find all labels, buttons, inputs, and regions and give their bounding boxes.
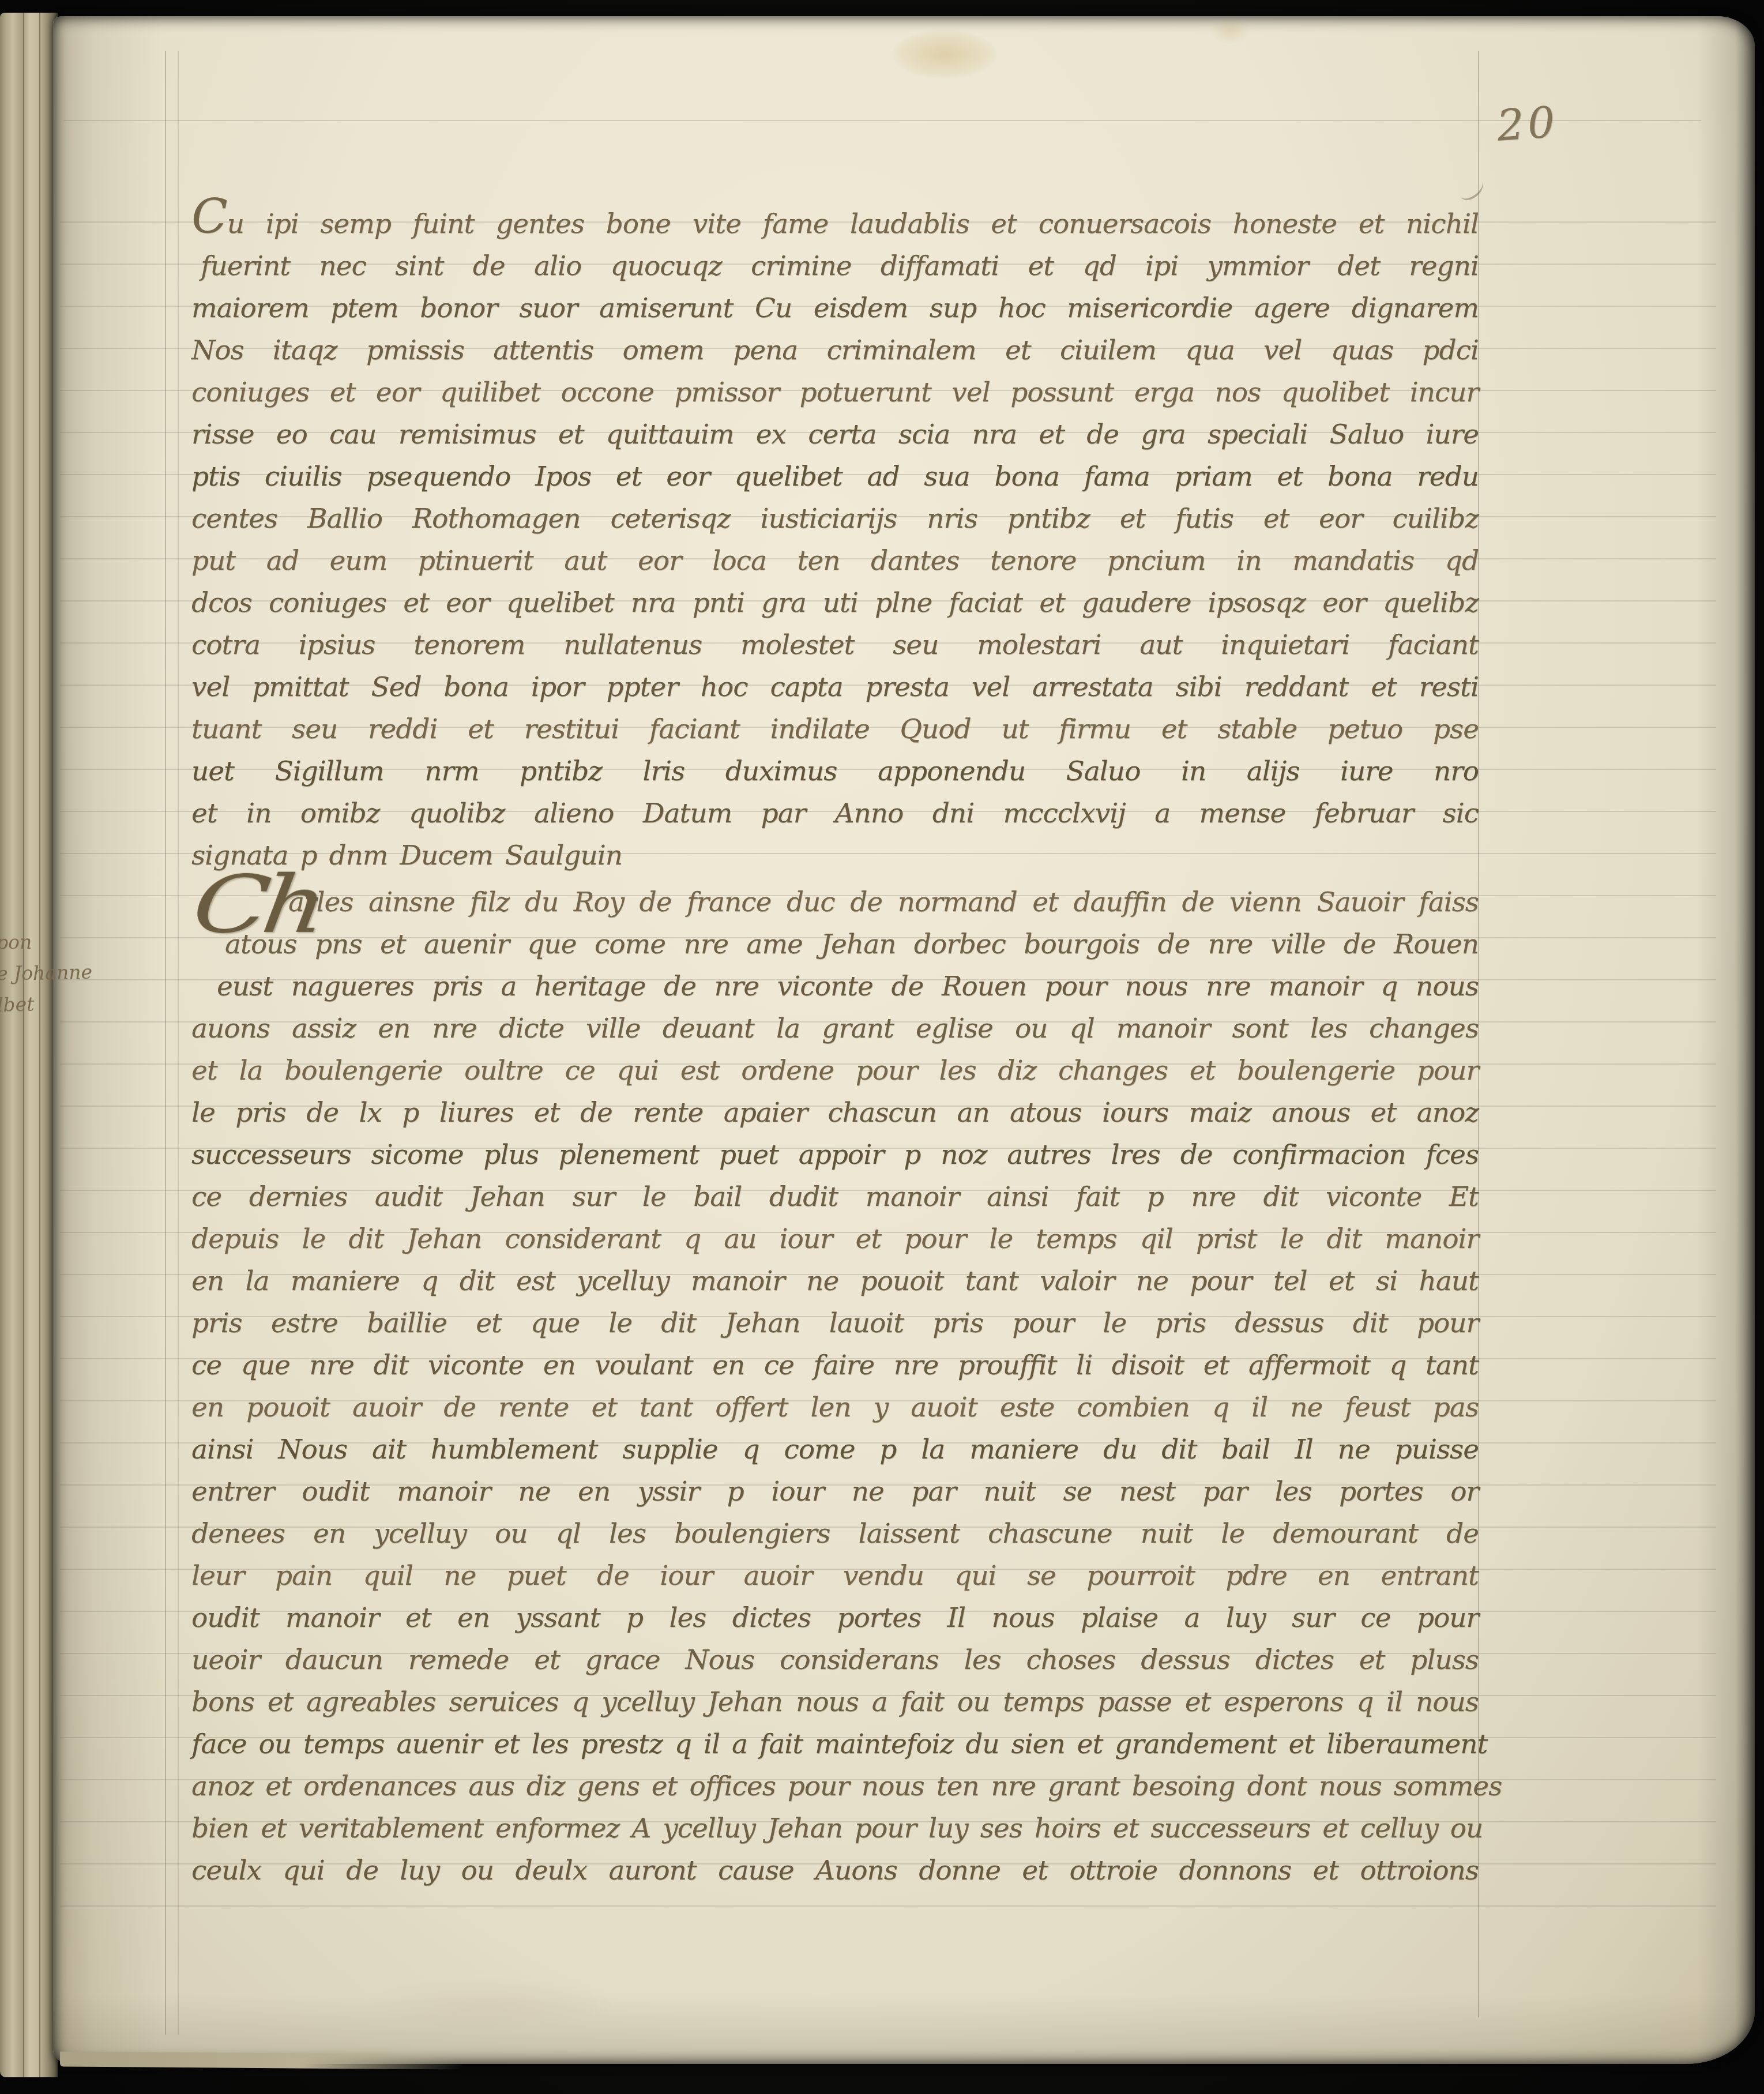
text-line: bons et agreables seruices q ycelluy Jeh… xyxy=(191,1681,1479,1723)
text-line: denees en ycelluy ou ql les boulengiers … xyxy=(191,1513,1479,1555)
text-line: dcos coniuges et eor quelibet nra pnti g… xyxy=(191,582,1479,624)
text-line: et in omibz quolibz alieno Datum par Ann… xyxy=(191,792,1479,834)
text-line: auons assiz en nre dicte ville deuant la… xyxy=(191,1007,1479,1050)
text-line: put ad eum ptinuerit aut eor loca ten da… xyxy=(191,540,1479,582)
page-edge-streak xyxy=(23,13,24,2077)
text-line: ainsi Nous ait humblement supplie q come… xyxy=(191,1428,1479,1471)
margin-note-line: pon xyxy=(0,925,135,958)
text-line: centes Ballio Rothomagen ceterisqz iusti… xyxy=(191,498,1479,540)
top-frame-rule xyxy=(63,120,1701,121)
text-line-rest: arles ainsne filz du Roy de france duc d… xyxy=(288,886,1479,918)
parchment-stain xyxy=(369,1978,611,2030)
text-line: en pouoit auoir de rente et tant offert … xyxy=(191,1386,1479,1428)
text-line: ce dernies audit Jehan sur le bail dudit… xyxy=(191,1176,1479,1218)
text-line: cotra ipsius tenorem nullatenus molestet… xyxy=(191,624,1479,666)
text-line: entrer oudit manoir ne en yssir p iour n… xyxy=(191,1471,1479,1513)
photograph-background: 20 pon e Johanne lbet Cu ipi semp fuint … xyxy=(0,0,1764,2094)
text-line: ptis ciuilis psequendo Ipos et eor queli… xyxy=(191,456,1479,498)
decorated-initial: Ch xyxy=(191,888,317,922)
left-margin-rule xyxy=(165,51,166,2035)
margin-note-line: lbet xyxy=(0,987,136,1021)
page-edge-streak xyxy=(39,13,40,2077)
left-margin-rule-inner xyxy=(178,51,179,2035)
text-line: fuerint nec sint de alio quocuqz crimine… xyxy=(191,245,1479,287)
text-line: ce que nre dit viconte en voulant en ce … xyxy=(191,1344,1479,1386)
text-line: Nos itaqz pmissis attentis omem pena cri… xyxy=(191,329,1479,371)
text-line: pris estre baillie et que le dit Jehan l… xyxy=(191,1302,1479,1344)
paragraph-latin-charter: Cu ipi semp fuint gentes bone vite fame … xyxy=(191,203,1479,877)
text-line: risse eo cau remisimus et quittauim ex c… xyxy=(191,413,1479,456)
text-line: ceulx qui de luy ou deulx auront cause A… xyxy=(191,1849,1479,1892)
folio-number: 20 xyxy=(1495,97,1560,151)
text-line: maiorem ptem bonor suor amiserunt Cu eis… xyxy=(191,287,1479,329)
text-line: vel pmittat Sed bona ipor ppter hoc capt… xyxy=(191,666,1479,708)
text-line: tuant seu reddi et restitui faciant indi… xyxy=(191,708,1479,750)
text-line: depuis le dit Jehan considerant q au iou… xyxy=(191,1218,1479,1260)
text-line: et la boulengerie oultre ce qui est orde… xyxy=(191,1050,1479,1092)
text-line: oudit manoir et en yssant p les dictes p… xyxy=(191,1597,1479,1639)
text-line: en la maniere q dit est ycelluy manoir n… xyxy=(191,1260,1479,1302)
text-line: uet Sigillum nrm pntibz lris duximus app… xyxy=(191,750,1479,792)
parchment-stain xyxy=(1210,17,1250,44)
text-line: ueoir daucun remede et grace Nous consid… xyxy=(191,1639,1479,1681)
text-line: signata p dnm Ducem Saulguin xyxy=(191,834,1479,877)
margin-note: pon e Johanne lbet xyxy=(0,925,136,1021)
text-line: leur pain quil ne puet de iour auoir ven… xyxy=(191,1555,1479,1597)
text-line: anoz et ordenances aus diz gens et offic… xyxy=(191,1765,1479,1807)
text-line: successeurs sicome plus plenement puet a… xyxy=(191,1134,1479,1176)
underlying-page-edge xyxy=(60,2052,464,2070)
text-line: bien et veritablement enformez A ycelluy… xyxy=(191,1807,1479,1849)
text-line: eust nagueres pris a heritage de nre vic… xyxy=(191,965,1479,1007)
paragraph-french-charter: Charles ainsne filz du Roy de france duc… xyxy=(191,881,1479,1892)
text-line: coniuges et eor quilibet occone pmissor … xyxy=(191,371,1479,413)
text-line: face ou temps auenir et les prestz q il … xyxy=(191,1723,1479,1765)
parchment-stain xyxy=(893,30,996,78)
text-line: Charles ainsne filz du Roy de france duc… xyxy=(191,881,1479,923)
margin-note-line: e Johanne xyxy=(0,956,135,990)
text-line: Cu ipi semp fuint gentes bone vite fame … xyxy=(191,203,1479,245)
book-page-edges xyxy=(0,13,58,2077)
text-line: le pris de lx p liures et de rente apaie… xyxy=(191,1092,1479,1134)
text-line: atous pns et auenir que come nre ame Jeh… xyxy=(191,923,1479,965)
